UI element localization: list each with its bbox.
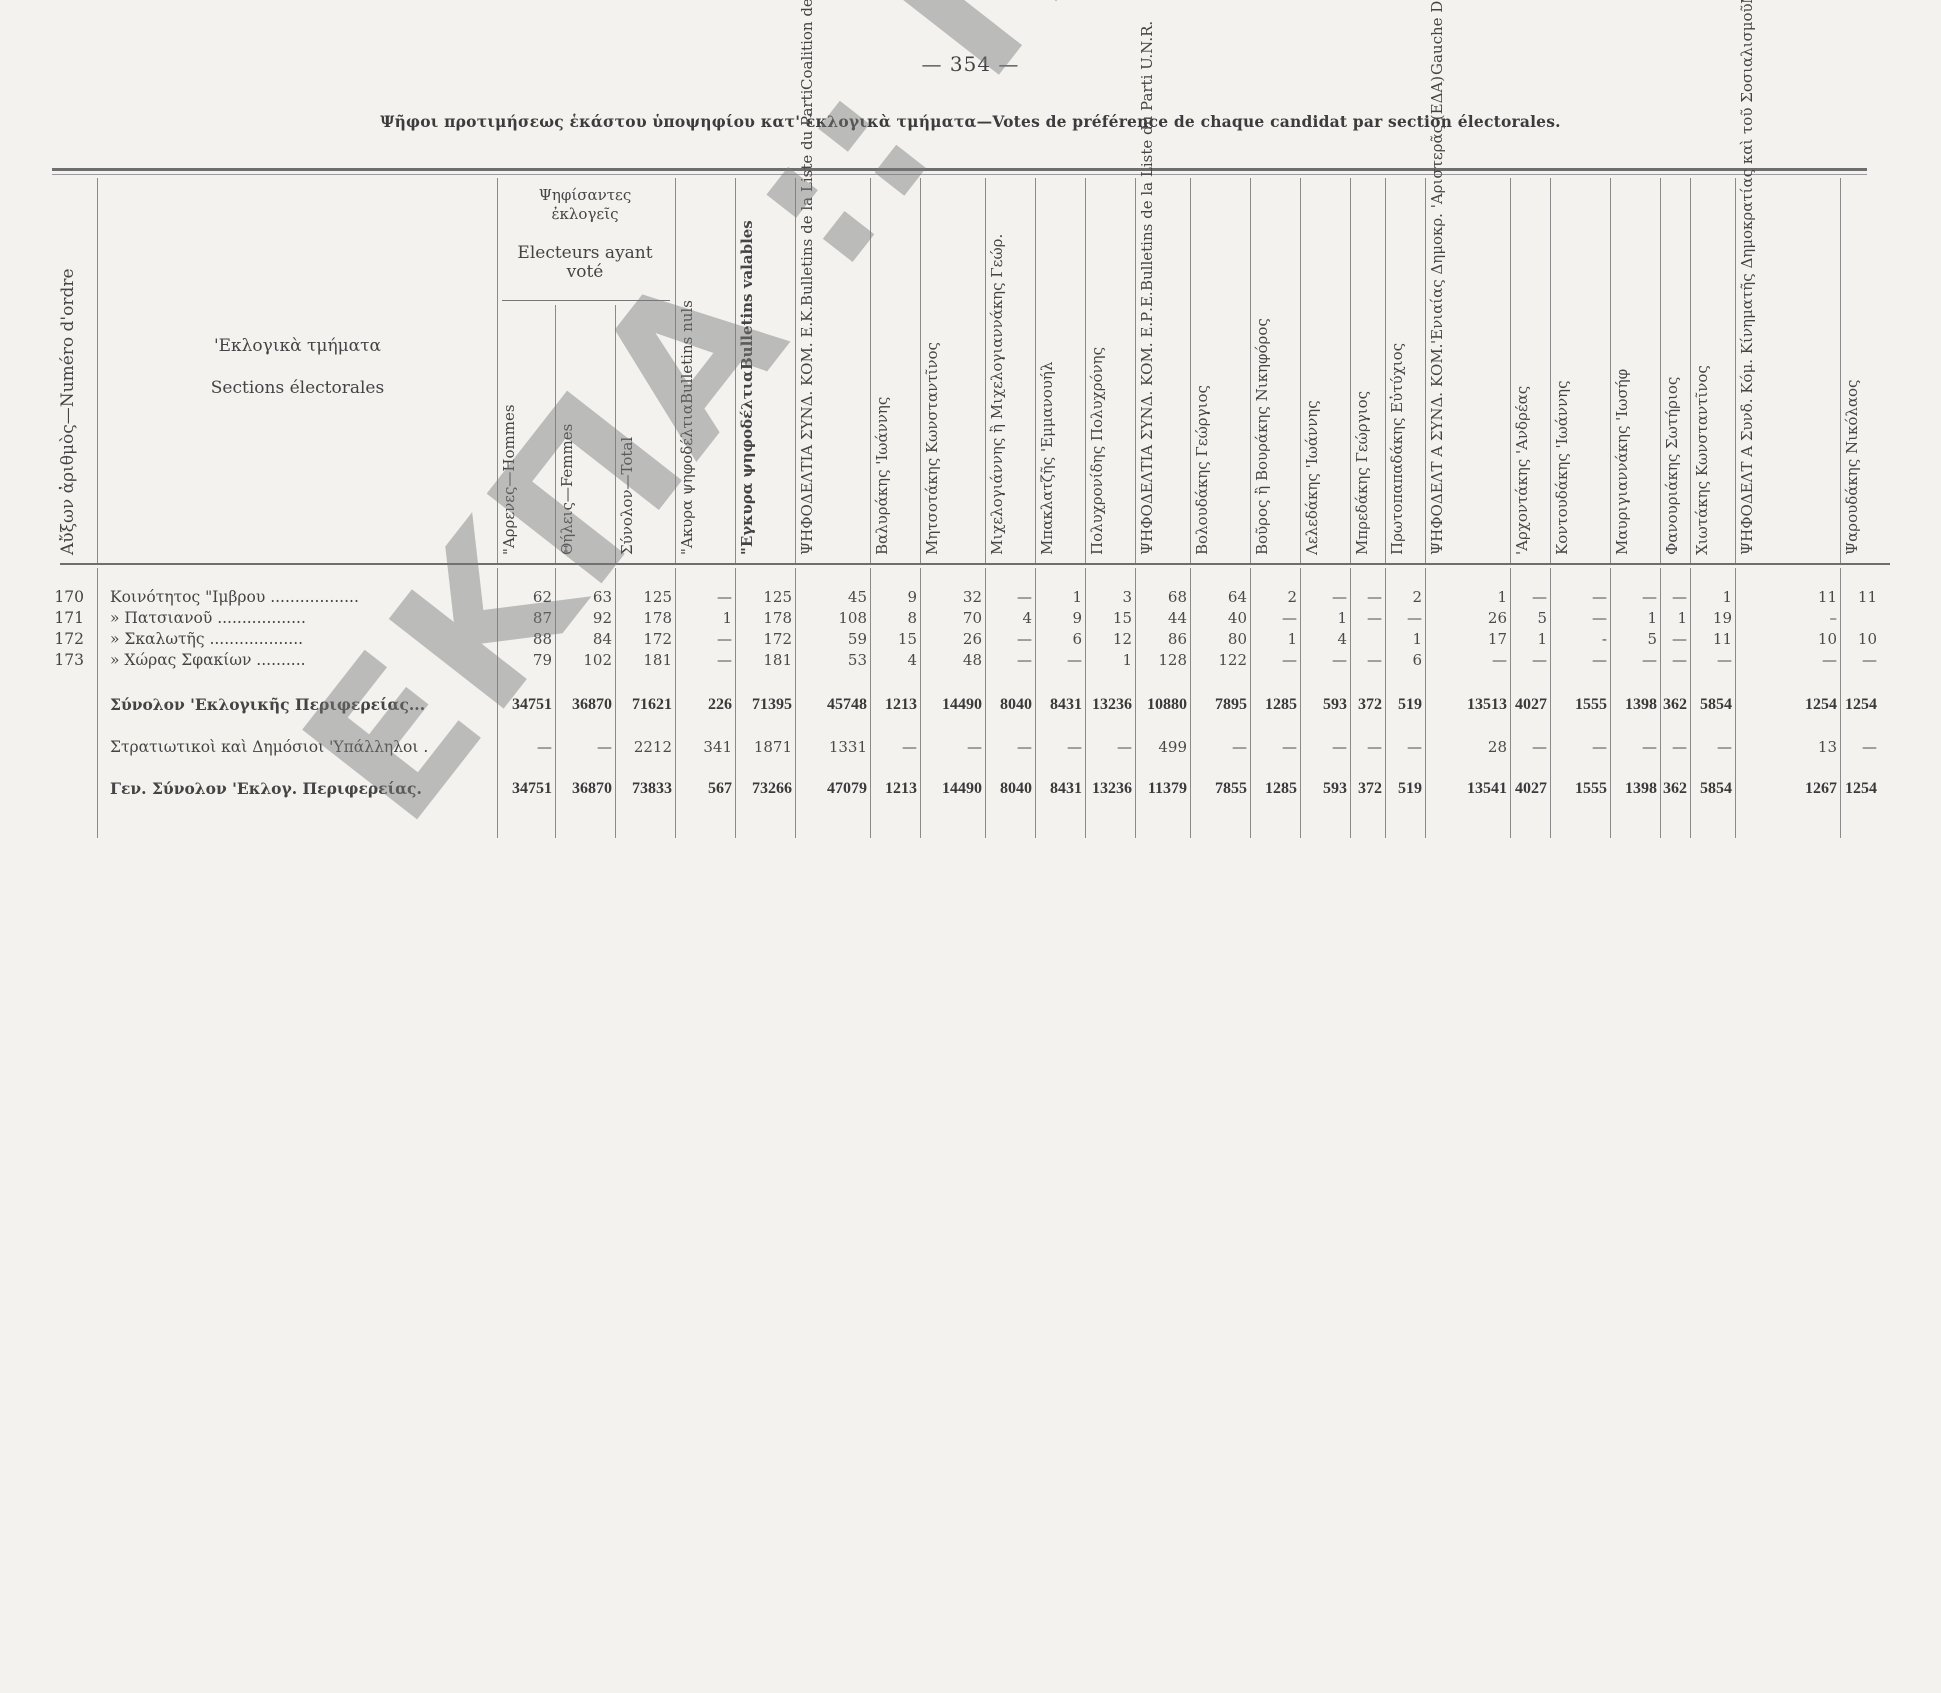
table-cell: — [1611, 738, 1657, 756]
section-label: » Χώρας Σφακίων .......... [110, 651, 306, 669]
column-header-line: Πρωτοπαπαδάκης Εὐτύχιος [1389, 343, 1406, 555]
col-divider [1250, 178, 1251, 563]
column-header-line: Bulletins valables [739, 221, 756, 371]
table-cell: 1871 [736, 738, 792, 756]
column-header-line: Λελεδάκης 'Ιωάννης [1304, 400, 1321, 555]
table-cell: 68 [1136, 588, 1187, 606]
column-header: Φανουριάκης Σωτήριος [1664, 180, 1686, 555]
table-cell: 11 [1691, 630, 1732, 648]
column-header-line: Μπρεδάκης Γεώργιος [1354, 391, 1371, 555]
table-cell: — [1351, 609, 1382, 627]
table-cell: 178 [736, 609, 792, 627]
table-cell: 1213 [871, 780, 917, 798]
column-header: Θήλεις—Femmes [559, 310, 611, 555]
table-cell: 48 [921, 651, 982, 669]
table-cell: 172 [616, 630, 672, 648]
table-cell: 362 [1661, 696, 1687, 714]
table-cell: — [676, 630, 732, 648]
col-divider [97, 568, 98, 838]
table-cell: 181 [616, 651, 672, 669]
table-cell: – [1736, 609, 1837, 627]
column-header: "Εγκυρα ψηφοδέλτιαBulletins valables [739, 180, 791, 555]
table-cell: 10 [1736, 630, 1837, 648]
col-divider [1660, 178, 1661, 563]
section-label: Κοινότητος "Ιμβρου .................. [110, 588, 359, 606]
table-cell: — [986, 651, 1032, 669]
column-header-line: Πολυχρονίδης Πολυχρόνης [1089, 347, 1106, 555]
table-cell: 122 [1191, 651, 1247, 669]
table-cell: — [1611, 651, 1657, 669]
table-cell: — [986, 588, 1032, 606]
table-cell: 4 [871, 651, 917, 669]
table-cell: — [1691, 651, 1732, 669]
table-cell: — [1551, 609, 1607, 627]
column-header-line: Βαλυράκης 'Ιωάννης [874, 397, 891, 555]
column-header-line: ΨΗΦΟΔΕΛΤΙΑ ΣΥΝΔ. ΚΟΜ. Ε.Κ. [799, 306, 816, 555]
col-divider [735, 178, 736, 563]
table-cell: 1555 [1551, 696, 1607, 714]
column-header: Βολουδάκης Γεώργιος [1194, 180, 1246, 555]
column-header-line: Θήλεις—Femmes [559, 424, 576, 555]
table-cell: 1 [1036, 588, 1082, 606]
table-cell: 7855 [1191, 780, 1247, 798]
table-cell: — [676, 588, 732, 606]
table-cell: — [1301, 651, 1347, 669]
table-cell: 593 [1301, 696, 1347, 714]
table-cell: 87 [498, 609, 552, 627]
table-cell: 92 [556, 609, 612, 627]
table-cell: 10880 [1136, 696, 1187, 714]
col-divider [1085, 178, 1086, 563]
table-cell: 13541 [1426, 780, 1507, 798]
order-number: 171 [46, 609, 84, 627]
table-cell: 34751 [498, 780, 552, 798]
table-cell: — [1426, 651, 1507, 669]
table-cell: 12 [1086, 630, 1132, 648]
table-cell: — [1841, 651, 1877, 669]
table-cell: 80 [1191, 630, 1247, 648]
top-rule-thin [52, 174, 1867, 175]
table-cell: — [556, 738, 612, 756]
table-cell: 125 [736, 588, 792, 606]
table-cell: 7895 [1191, 696, 1247, 714]
order-number: 170 [46, 588, 84, 606]
table-cell: 4027 [1511, 780, 1547, 798]
table-cell: 4027 [1511, 696, 1547, 714]
col-divider [1550, 178, 1551, 563]
column-header: "Ακυρα ψηφοδέλτιαBulletins nuls [679, 180, 731, 555]
table-cell: 1267 [1736, 780, 1837, 798]
column-header-line: τῆς Δημοκρατίας καὶ τοῦ Σοσιαλισμοῦ [1739, 4, 1756, 300]
table-cell: — [1611, 588, 1657, 606]
col-divider [1690, 178, 1691, 563]
table-cell: 86 [1136, 630, 1187, 648]
col-divider [1190, 178, 1191, 563]
table-cell: — [1351, 651, 1382, 669]
table-cell: 10 [1841, 630, 1877, 648]
table-cell: — [1551, 651, 1607, 669]
column-header: ΨΗΦΟΔΕΛΤ Α Συνδ. Κόμ. Κίνηματῆς Δημοκρατ… [1739, 180, 1836, 555]
table-cell: 62 [498, 588, 552, 606]
section-label: Σύνολον 'Εκλογικῆς Περιφερείας... [110, 696, 425, 714]
table-cell: — [1511, 588, 1547, 606]
table-cell: 4 [1301, 630, 1347, 648]
voters-group-rule [502, 300, 670, 301]
table-cell: 1 [1086, 651, 1132, 669]
table-cell: 15 [871, 630, 917, 648]
top-rule [52, 168, 1867, 171]
table-cell: 40 [1191, 609, 1247, 627]
section-label: » Πατσιανοῦ .................. [110, 609, 306, 627]
table-cell: 125 [616, 588, 672, 606]
column-header-line: 'Ενιαίας Δημοκρ. 'Αριστερᾶς (ΕΔΑ) [1429, 75, 1446, 343]
table-cell: 17 [1426, 630, 1507, 648]
col-divider [555, 305, 556, 563]
column-header-line: Mouvement pour la Démocratie et [1739, 0, 1756, 4]
table-cell: 13236 [1086, 696, 1132, 714]
table-cell: — [1351, 588, 1382, 606]
col-divider [1425, 178, 1426, 563]
table-cell: 5 [1511, 609, 1547, 627]
table-cell: 1285 [1251, 696, 1297, 714]
table-cell: 70 [921, 609, 982, 627]
table-cell: — [1551, 738, 1607, 756]
column-header-line: ΨΗΦΟΔΕΛΤΙΑ ΣΥΝΔ. ΚΟΜ. Ε.Ρ.Ε. [1139, 291, 1156, 555]
column-header: 'Αρχοντάκης 'Ανδρέας [1514, 180, 1546, 555]
table-cell: 1 [1661, 609, 1687, 627]
column-header: Χιωτάκης Κωνσταντῖνος [1694, 180, 1731, 555]
table-cell: 88 [498, 630, 552, 648]
table-cell: — [1251, 738, 1297, 756]
table-cell: 45 [796, 588, 867, 606]
col-divider [675, 178, 676, 563]
table-cell: — [1301, 738, 1347, 756]
column-header-line: Μπακλατζῆς 'Εμμανουήλ [1039, 362, 1056, 555]
header-bottom-rule [60, 563, 1890, 565]
table-cell: — [1036, 738, 1082, 756]
table-cell: 45748 [796, 696, 867, 714]
column-header-line: Bulletins de la Liste du Parti U.N.R. [1139, 21, 1156, 291]
table-cell: 15 [1086, 609, 1132, 627]
table-cell: 1398 [1611, 696, 1657, 714]
table-cell: — [1691, 738, 1732, 756]
table-cell: — [1511, 738, 1547, 756]
column-header-line: Ψαρουδάκης Νικόλαος [1844, 380, 1861, 555]
table-cell: 26 [1426, 609, 1507, 627]
table-cell: 11 [1736, 588, 1837, 606]
table-cell: 172 [736, 630, 792, 648]
column-header: Σύνολον—Total [619, 310, 671, 555]
table-cell: 71621 [616, 696, 672, 714]
table-cell: 1 [1301, 609, 1347, 627]
table-cell: — [498, 738, 552, 756]
column-header-line: Χιωτάκης Κωνσταντῖνος [1694, 365, 1711, 555]
table-cell: 64 [1191, 588, 1247, 606]
table-cell: 2 [1251, 588, 1297, 606]
table-cell: — [1351, 738, 1382, 756]
table-cell: 26 [921, 630, 982, 648]
table-cell: 1285 [1251, 780, 1297, 798]
column-header: Βοῦρος ἢ Βουράκης Νικηφόρος [1254, 180, 1296, 555]
col-divider [920, 178, 921, 563]
column-header-line: Μητσοτάκης Κωνσταντῖνος [924, 342, 941, 555]
column-header-line: Βοῦρος ἢ Βουράκης Νικηφόρος [1254, 318, 1271, 555]
table-cell: 4 [986, 609, 1032, 627]
table-cell: 11379 [1136, 780, 1187, 798]
table-cell: — [986, 738, 1032, 756]
table-cell: 34751 [498, 696, 552, 714]
table-cell: 226 [676, 696, 732, 714]
col-divider [497, 178, 498, 563]
table-cell: 108 [796, 609, 867, 627]
table-cell: 2 [1386, 588, 1422, 606]
table-cell: 1213 [871, 696, 917, 714]
sections-header-fr: Sections électorales [100, 378, 495, 398]
table-cell: 8431 [1036, 696, 1082, 714]
table-cell: — [676, 651, 732, 669]
voters-group-gr: Ψηφίσαντες ἐκλογεῖς [510, 186, 660, 224]
table-cell: 13 [1736, 738, 1837, 756]
table-cell: — [986, 630, 1032, 648]
table-cell: 1 [1386, 630, 1422, 648]
table-cell: 44 [1136, 609, 1187, 627]
column-header: ΨΗΦΟΔΕΛΤΙΑ ΣΥΝΔ. ΚΟΜ. Ε.Ρ.Ε.Bulletins de… [1139, 180, 1186, 555]
column-header: Ψαρουδάκης Νικόλαος [1844, 180, 1876, 555]
table-cell: — [1511, 651, 1547, 669]
table-cell: 128 [1136, 651, 1187, 669]
table-cell: 6 [1036, 630, 1082, 648]
column-header: "Αρρενες—Hommes [501, 310, 551, 555]
table-cell: — [1251, 651, 1297, 669]
table-cell: 1 [1251, 630, 1297, 648]
column-header: Πρωτοπαπαδάκης Εὐτύχιος [1389, 180, 1421, 555]
table-cell: 73266 [736, 780, 792, 798]
table-cell: 1 [676, 609, 732, 627]
column-header-line: Φανουριάκης Σωτήριος [1664, 377, 1681, 555]
column-header: Λελεδάκης 'Ιωάννης [1304, 180, 1346, 555]
table-cell: 2212 [616, 738, 672, 756]
table-cell: 178 [616, 609, 672, 627]
table-cell: 14490 [921, 780, 982, 798]
column-header-line: Κοντουδάκης 'Ιωάννης [1554, 380, 1571, 555]
table-cell: 28 [1426, 738, 1507, 756]
table-cell: 79 [498, 651, 552, 669]
column-header-line: Bulletins de la Liste du Parti [799, 90, 816, 306]
column-header-line: "Ακυρα ψηφοδέλτια [679, 404, 696, 555]
table-cell: 36870 [556, 780, 612, 798]
table-cell: 1555 [1551, 780, 1607, 798]
voters-group-fr: Electeurs ayant voté [515, 244, 655, 282]
table-cell: 1 [1511, 630, 1547, 648]
table-cell: 3 [1086, 588, 1132, 606]
page-title: Ψῆφοι προτιμήσεως ἑκάστου ὑποψηφίου κατ'… [0, 112, 1941, 131]
col-divider [1510, 178, 1511, 563]
table-cell: 1 [1611, 609, 1657, 627]
table-cell: — [1661, 588, 1687, 606]
column-header-line: Gauche Démocratique Unique [1429, 0, 1446, 75]
table-cell: 8431 [1036, 780, 1082, 798]
table-cell: 63 [556, 588, 612, 606]
column-header-line: Βολουδάκης Γεώργιος [1194, 385, 1211, 555]
table-cell: 8 [871, 609, 917, 627]
table-cell: 53 [796, 651, 867, 669]
table-cell: 1 [1426, 588, 1507, 606]
table-cell: 73833 [616, 780, 672, 798]
section-label: » Σκαλωτῆς ................... [110, 630, 303, 648]
table-cell: — [1251, 609, 1297, 627]
col-divider [1035, 178, 1036, 563]
table-cell: 519 [1386, 696, 1422, 714]
table-cell: 6 [1386, 651, 1422, 669]
page-number: — 354 — [0, 52, 1941, 76]
table-cell: 519 [1386, 780, 1422, 798]
column-header: Μαυριγιαννάκης 'Ιωσήφ [1614, 180, 1656, 555]
table-cell: 1398 [1611, 780, 1657, 798]
col-divider [1300, 178, 1301, 563]
col-divider [1385, 178, 1386, 563]
column-header: Πολυχρονίδης Πολυχρόνης [1089, 180, 1131, 555]
table-cell: — [1086, 738, 1132, 756]
column-header: ΨΗΦΟΔΕΛΤ Α ΣΥΝΔ. ΚΟΜ.'Ενιαίας Δημοκρ. 'Α… [1429, 180, 1506, 555]
table-cell: — [1191, 738, 1247, 756]
section-label: Στρατιωτικοὶ καὶ Δημόσιοι 'Υπάλληλοι . [110, 738, 428, 756]
column-header-line: Μαυριγιαννάκης 'Ιωσήφ [1614, 369, 1631, 555]
section-label: Γεν. Σύνολον 'Εκλογ. Περιφερείας. [110, 780, 422, 798]
table-cell: 71395 [736, 696, 792, 714]
sections-header-gr: 'Εκλογικὰ τμήματα [100, 336, 495, 356]
col-divider [985, 178, 986, 563]
col-divider [1610, 178, 1611, 563]
column-header-line: Μιχελογιάννης ἢ Μιχελογιαννάκης Γεώρ. [989, 234, 1006, 555]
column-header: Κοντουδάκης 'Ιωάννης [1554, 180, 1606, 555]
col-divider [870, 178, 871, 563]
table-cell: 9 [1036, 609, 1082, 627]
table-cell: 13236 [1086, 780, 1132, 798]
table-cell: 567 [676, 780, 732, 798]
table-cell: 341 [676, 738, 732, 756]
table-cell: - [1551, 630, 1607, 648]
table-cell: 59 [796, 630, 867, 648]
order-number-header: Αὔξων ἀριθμὸς—Numéro d'ordre [60, 200, 77, 555]
table-cell: — [1386, 738, 1422, 756]
table-cell: — [1661, 630, 1687, 648]
table-cell: 9 [871, 588, 917, 606]
column-header: Βαλυράκης 'Ιωάννης [874, 180, 916, 555]
column-header-line: ΨΗΦΟΔΕΛΤ Α ΣΥΝΔ. ΚΟΜ. [1429, 344, 1446, 555]
table-cell: 36870 [556, 696, 612, 714]
col-divider [1135, 178, 1136, 563]
table-cell: 362 [1661, 780, 1687, 798]
table-cell: — [1841, 738, 1877, 756]
table-cell: 181 [736, 651, 792, 669]
table-cell: — [1661, 651, 1687, 669]
table-cell: — [921, 738, 982, 756]
column-header: ΨΗΦΟΔΕΛΤΙΑ ΣΥΝΔ. ΚΟΜ. Ε.Κ.Bulletins de l… [799, 180, 866, 555]
table-cell: 84 [556, 630, 612, 648]
column-header-line: Coalition de l'Union du Centre [799, 0, 816, 90]
table-cell: 47079 [796, 780, 867, 798]
table-cell: 1 [1691, 588, 1732, 606]
table-cell: 1254 [1841, 780, 1877, 798]
table-cell: 19 [1691, 609, 1732, 627]
table-cell: 13513 [1426, 696, 1507, 714]
table-cell: 499 [1136, 738, 1187, 756]
order-number: 172 [46, 630, 84, 648]
column-header-line: Bulletins nuls [679, 300, 696, 404]
table-cell: — [1301, 588, 1347, 606]
column-header: Μπακλατζῆς 'Εμμανουήλ [1039, 180, 1081, 555]
order-number: 173 [46, 651, 84, 669]
table-cell: 11 [1841, 588, 1877, 606]
column-header-line: "Εγκυρα ψηφοδέλτια [739, 370, 756, 555]
table-cell: 5 [1611, 630, 1657, 648]
table-cell: 32 [921, 588, 982, 606]
table-cell: — [1736, 651, 1837, 669]
table-cell: — [1386, 609, 1422, 627]
column-header: Μητσοτάκης Κωνσταντῖνος [924, 180, 981, 555]
column-header: Μπρεδάκης Γεώργιος [1354, 180, 1381, 555]
col-divider [1735, 178, 1736, 563]
table-cell: — [1036, 651, 1082, 669]
table-cell: 8040 [986, 780, 1032, 798]
column-header: Μιχελογιάννης ἢ Μιχελογιαννάκης Γεώρ. [989, 180, 1031, 555]
column-header-line: Σύνολον—Total [619, 437, 636, 555]
table-cell: 1254 [1736, 696, 1837, 714]
table-cell: — [1551, 588, 1607, 606]
table-cell: 593 [1301, 780, 1347, 798]
table-cell: 372 [1351, 696, 1382, 714]
column-header-line: "Αρρενες—Hommes [501, 404, 518, 555]
table-cell: — [1661, 738, 1687, 756]
table-cell: — [871, 738, 917, 756]
table-cell: 1254 [1841, 696, 1877, 714]
col-divider [795, 178, 796, 563]
table-cell: 1331 [796, 738, 867, 756]
table-cell: 5854 [1691, 696, 1732, 714]
col-divider [615, 305, 616, 563]
col-divider [1840, 178, 1841, 563]
column-header-line: ΨΗΦΟΔΕΛΤ Α Συνδ. Κόμ. Κίνημα [1739, 299, 1756, 555]
col-divider [1350, 178, 1351, 563]
column-header-line: 'Αρχοντάκης 'Ανδρέας [1514, 386, 1531, 555]
table-cell: 102 [556, 651, 612, 669]
col-divider [97, 178, 98, 563]
table-cell: 14490 [921, 696, 982, 714]
table-cell: 8040 [986, 696, 1032, 714]
table-cell: 5854 [1691, 780, 1732, 798]
table-cell: 372 [1351, 780, 1382, 798]
